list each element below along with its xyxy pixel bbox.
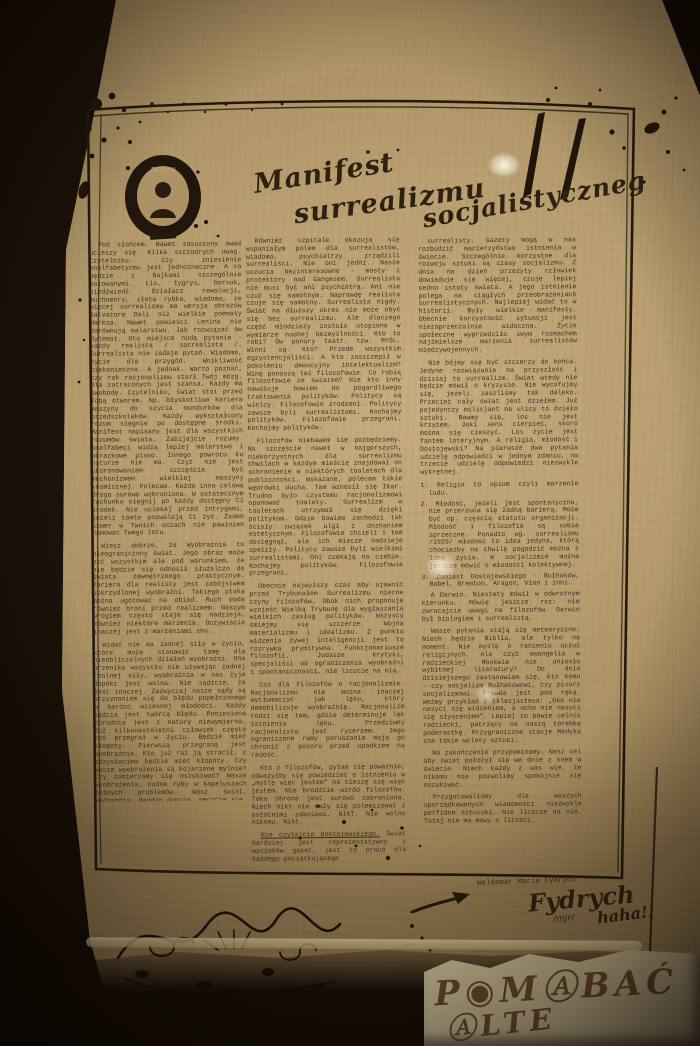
paragraph: Przygotowaliśmy dla waszych uporządkowan… <box>424 793 582 826</box>
text-column-3: surrealisty. Gazety mogą w nas rozbudzić… <box>418 236 582 838</box>
paragraph: 2. Młodość, jeżeli jest spontaniczna, ni… <box>421 499 580 571</box>
paragraph: Również szpitale okazują się wspaniałym … <box>246 236 402 433</box>
text-column-2: Również szpitale okazują się wspaniałym … <box>246 236 407 886</box>
photo-of-manifesto: ЛЕНИН <box>0 0 700 1046</box>
paragraph: surrealisty. Gazety mogą w nas rozbudzić… <box>418 236 577 355</box>
paragraph: Filozofów niebawem się pozbędziemy. Na s… <box>248 436 403 578</box>
paragraph: A Darwin. Niestety mówił w odwrotnym kie… <box>422 590 580 623</box>
paragraph: Widać nie ma żadnej siły w życiu, które … <box>93 640 247 802</box>
paragraph: Obecnie najwyższy czas aby ujawnić przed… <box>249 581 404 676</box>
paragraph: Nie bójmy się być szczerzy do końca. Jed… <box>419 358 578 477</box>
paragraph: Kto z filozofów, pytam się poważnie, odw… <box>251 763 406 827</box>
paragraph: Na zakończenie przypominamy. Nasz cel ab… <box>423 749 581 790</box>
paragraph: Coś dla filozofów o racjonalizmie. Racjo… <box>250 680 405 760</box>
paragraph: 1. Religia to opium czyli marzenie ludu. <box>420 480 578 497</box>
signature-rank: /mjr/ <box>553 913 575 924</box>
paragraph: 3. Zamiast Dostojewskiego - Bułhaków, Ba… <box>421 572 579 589</box>
paragraph: Nie czytajcie Dostojewskiego. Świat bard… <box>252 830 406 863</box>
paragraph: Pod słońcem. Nawet zasuszony owad uciesz… <box>89 240 244 538</box>
lenin-medallion-illustration: ЛЕНИН <box>125 155 201 240</box>
text-column-1: Pod słońcem. Nawet zasuszony owad uciesz… <box>89 240 247 802</box>
paragraph: Wiesz dobrze, że Wyobraźnia to nieograni… <box>92 541 245 636</box>
paragraph: Wasze pytania stają się meteoryczne. Nie… <box>422 627 581 746</box>
medallion-label: ЛЕНИН <box>150 166 175 174</box>
